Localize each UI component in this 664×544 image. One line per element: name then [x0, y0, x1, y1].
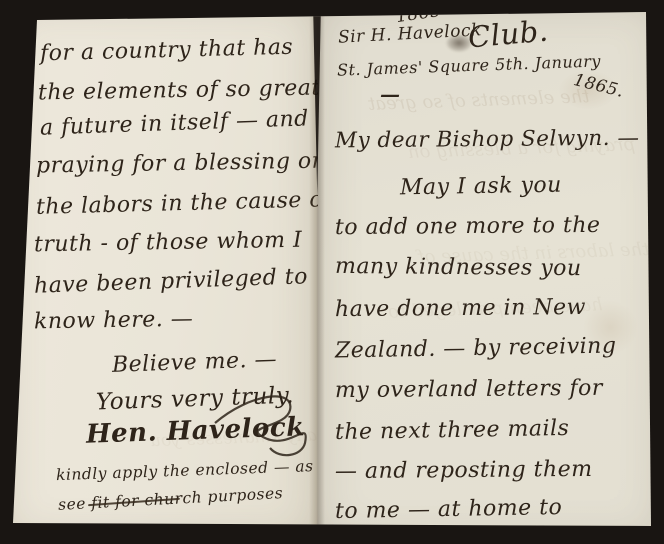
dash-mark: — — [380, 84, 401, 104]
handwriting-line: praying for a blessing on — [36, 150, 327, 177]
salutation: My dear Bishop Selwyn. — — [335, 128, 640, 152]
club-word: Club. — [467, 17, 550, 53]
handwriting-line: — and reposting them — [335, 459, 593, 483]
bleed-through-text: the elements of so great — [368, 88, 590, 114]
handwriting-line: truth - of those whom I — [34, 230, 303, 257]
handwriting-line: to me — at home to — [335, 497, 563, 523]
handwriting-line: for a country that has — [40, 37, 294, 66]
address-date-line: St. James' Square 5th. January — [337, 53, 601, 78]
letter-sheet: many kindnesses you for a country that h… — [0, 0, 664, 544]
handwriting-line: Zealand. — by receiving — [335, 336, 617, 363]
handwriting-line: the labors in the cause of — [36, 189, 332, 219]
handwriting-line: my overland letters for — [335, 378, 603, 402]
handwriting-line: have done me in New — [335, 297, 586, 321]
handwriting-line: May I ask you — [400, 175, 562, 200]
handwriting-line: have been privileged to — [34, 266, 309, 298]
letter-page-right: the elements of so great praying for a b… — [318, 0, 664, 544]
signature-flourish — [210, 388, 320, 463]
handwriting-line: the next three mails — [335, 418, 570, 444]
letter-page-left: many kindnesses you for a country that h… — [0, 0, 318, 544]
postscript-line: kindly apply the enclosed — as you — [56, 458, 349, 484]
handwriting-line: the elements of so great — [38, 78, 321, 105]
ink-smudge — [446, 34, 472, 52]
date-year: 1865. — [572, 72, 626, 101]
handwriting-line: a future in itself — and — [40, 108, 309, 139]
closing-line: Believe me. — — [112, 349, 278, 377]
handwriting-line: know here. — — [34, 309, 194, 334]
letter-photograph: many kindnesses you for a country that h… — [0, 0, 664, 544]
handwriting-line: many kindnesses you — [335, 256, 582, 280]
handwriting-line: to add one more to the — [335, 215, 601, 239]
